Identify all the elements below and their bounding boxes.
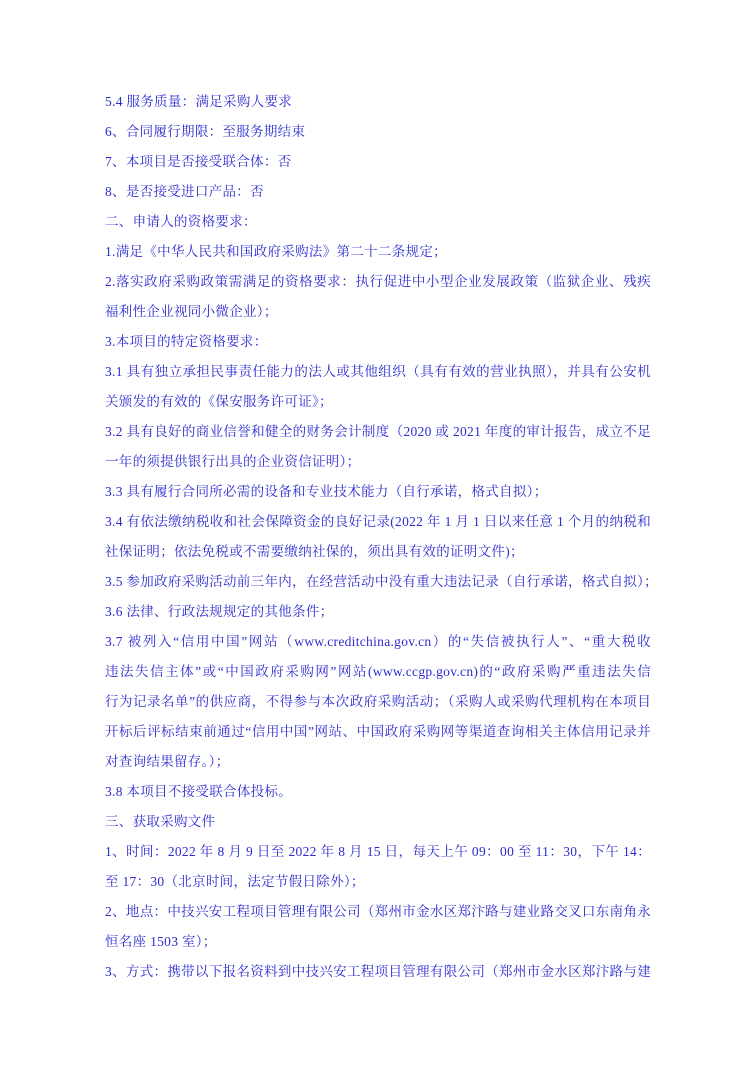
document-line: 3.3 具有履行合同所必需的设备和专业技术能力（自行承诺，格式自拟）； <box>105 477 651 507</box>
document-line: 3.4 有依法缴纳税收和社会保障资金的良好记录(2022 年 1 月 1 日以来… <box>105 507 651 537</box>
document-line: 3.7 被列入“信用中国”网站（www.creditchina.gov.cn）的… <box>105 627 651 657</box>
document-line: 恒名座 1503 室）； <box>105 927 651 957</box>
document-line: 关颁发的有效的《保安服务许可证》； <box>105 387 651 417</box>
document-line: 对查询结果留存。）； <box>105 747 651 777</box>
document-page: 5.4 服务质量：满足采购人要求 6、合同履行期限：至服务期结束 7、本项目是否… <box>105 87 651 987</box>
document-line: 1、时间：2022 年 8 月 9 日至 2022 年 8 月 15 日，每天上… <box>105 837 651 867</box>
document-line: 行为记录名单”的供应商，不得参与本次政府采购活动；（采购人或采购代理机构在本项目 <box>105 687 651 717</box>
document-section-heading: 二、申请人的资格要求： <box>105 207 651 237</box>
document-line: 3.6 法律、行政法规规定的其他条件； <box>105 597 651 627</box>
document-line: 3.5 参加政府采购活动前三年内，在经营活动中没有重大违法记录（自行承诺，格式自… <box>105 567 651 597</box>
document-line: 3、方式：携带以下报名资料到中技兴安工程项目管理有限公司（郑州市金水区郑汴路与建 <box>105 957 651 987</box>
document-line: 3.8 本项目不接受联合体投标。 <box>105 777 651 807</box>
document-section-heading: 三、获取采购文件 <box>105 807 651 837</box>
document-line: 一年的须提供银行出具的企业资信证明）； <box>105 447 651 477</box>
document-line: 7、本项目是否接受联合体：否 <box>105 147 651 177</box>
document-line: 3.2 具有良好的商业信誉和健全的财务会计制度（2020 或 2021 年度的审… <box>105 417 651 447</box>
document-line: 5.4 服务质量：满足采购人要求 <box>105 87 651 117</box>
document-line: 违法失信主体”或“中国政府采购网”网站(www.ccgp.gov.cn)的“政府… <box>105 657 651 687</box>
document-line: 8、是否接受进口产品：否 <box>105 177 651 207</box>
document-line: 社保证明；依法免税或不需要缴纳社保的，须出具有效的证明文件)； <box>105 537 651 567</box>
document-line: 2、地点：中技兴安工程项目管理有限公司（郑州市金水区郑汴路与建业路交叉口东南角永 <box>105 897 651 927</box>
document-line: 1.满足《中华人民共和国政府采购法》第二十二条规定； <box>105 237 651 267</box>
document-line: 开标后评标结束前通过“信用中国”网站、中国政府采购网等渠道查询相关主体信用记录并 <box>105 717 651 747</box>
document-line: 3.1 具有独立承担民事责任能力的法人或其他组织（具有有效的营业执照），并具有公… <box>105 357 651 387</box>
document-line: 福利性企业视同小微企业）； <box>105 297 651 327</box>
document-line: 3.本项目的特定资格要求： <box>105 327 651 357</box>
document-line: 至 17：30（北京时间，法定节假日除外）； <box>105 867 651 897</box>
document-line: 6、合同履行期限：至服务期结束 <box>105 117 651 147</box>
document-line: 2.落实政府采购政策需满足的资格要求：执行促进中小型企业发展政策（监狱企业、残疾… <box>105 267 651 297</box>
